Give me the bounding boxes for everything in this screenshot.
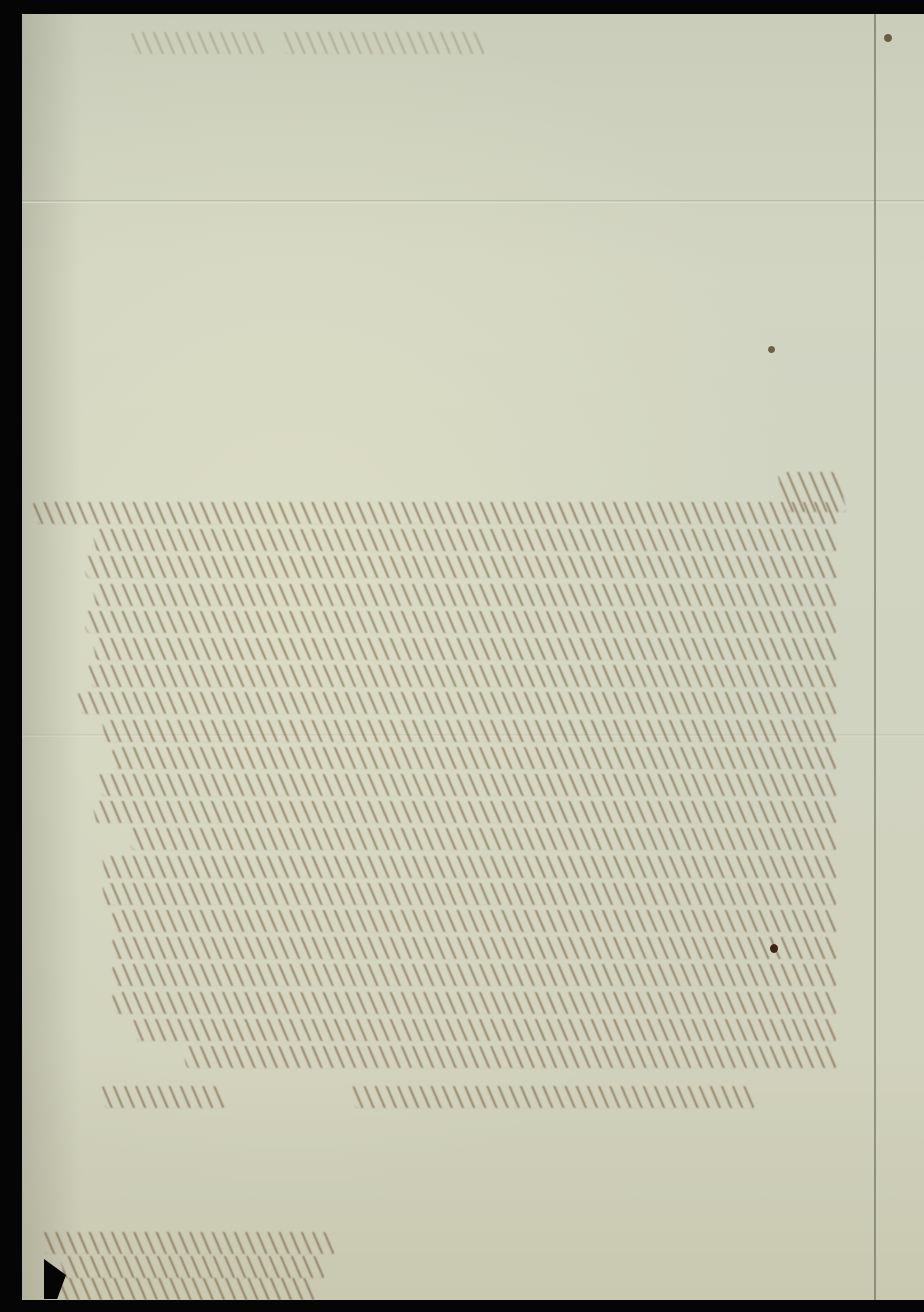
letter-line — [81, 611, 836, 633]
letter-line — [76, 692, 836, 714]
letter-line — [101, 883, 836, 905]
manuscript-sheet — [22, 14, 924, 1300]
header-note-part-1 — [129, 32, 264, 54]
letter-line — [111, 910, 836, 932]
letter-line — [91, 584, 836, 606]
letter-line — [111, 964, 836, 986]
letter-line — [91, 638, 836, 660]
header-note-part-2 — [279, 32, 484, 54]
vertical-fold — [874, 14, 876, 1300]
closing-left — [99, 1086, 224, 1108]
letter-line — [131, 1019, 836, 1041]
letter-line — [111, 937, 836, 959]
letter-line — [81, 556, 836, 578]
letter-line — [101, 856, 836, 878]
letter-line — [111, 992, 836, 1014]
letter-line — [91, 801, 836, 823]
letter-line — [96, 774, 836, 796]
address-line-1 — [39, 1232, 334, 1254]
closing-date-line — [349, 1086, 754, 1108]
letter-line — [101, 720, 836, 742]
letter-line — [91, 529, 836, 551]
ink-blot — [770, 944, 778, 953]
address-line-2 — [59, 1256, 324, 1278]
letter-line — [86, 665, 836, 687]
horizontal-fold-top — [22, 200, 924, 203]
letter-line — [126, 828, 836, 850]
letter-line — [31, 502, 836, 524]
left-crease-shadow — [22, 14, 82, 1300]
ink-stain — [768, 346, 775, 353]
corner-mark — [884, 34, 892, 42]
letter-line — [111, 747, 836, 769]
address-line-3 — [59, 1278, 314, 1300]
letter-line — [181, 1046, 836, 1068]
